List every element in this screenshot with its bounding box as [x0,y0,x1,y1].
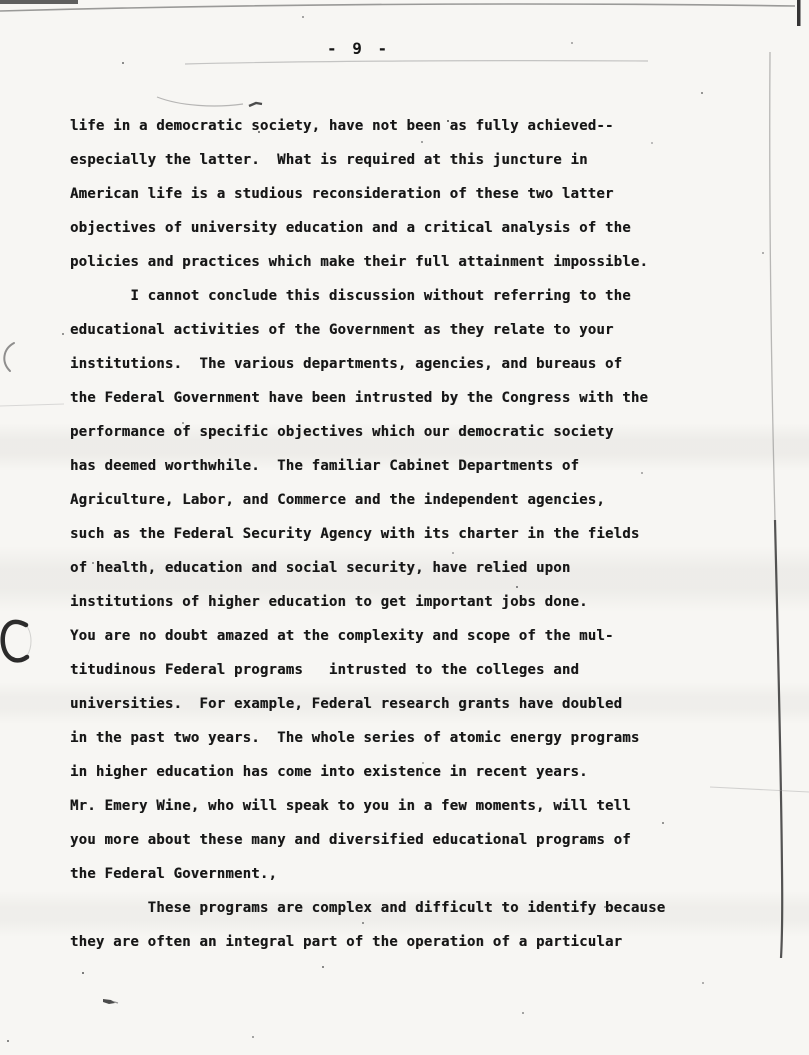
text-line: institutions. The various departments, a… [70,347,750,381]
text-line: the Federal Government., [70,857,750,891]
scan-noise [0,0,2,2]
text-line: of health, education and social security… [70,551,750,585]
text-line: in higher education has come into existe… [70,755,750,789]
document-body: life in a democratic society, have not b… [70,109,750,959]
text-line: titudinous Federal programs intrusted to… [70,653,750,687]
text-line: educational activities of the Government… [70,313,750,347]
text-line: performance of specific objectives which… [70,415,750,449]
text-line: objectives of university education and a… [70,211,750,245]
pencil-mark-squiggle [249,103,262,106]
hole-punch-mark-upper [4,343,14,371]
text-line: such as the Federal Security Agency with… [70,517,750,551]
text-line: especially the latter. What is required … [70,143,750,177]
hole-punch-outline-lower [3,620,31,662]
text-line: institutions of higher education to get … [70,585,750,619]
text-line: You are no doubt amazed at the complexit… [70,619,750,653]
text-line: These programs are complex and difficult… [70,891,750,925]
right-edge-scratch-lower [775,520,782,958]
text-line: I cannot conclude this discussion withou… [70,279,750,313]
text-line: life in a democratic society, have not b… [70,109,750,143]
text-line: the Federal Government have been intrust… [70,381,750,415]
text-line: policies and practices which make their … [70,245,750,279]
text-line: American life is a studious reconsiderat… [70,177,750,211]
text-line: you more about these many and diversifie… [70,823,750,857]
ink-smudge-tail [111,1001,118,1003]
horizontal-scratch-left [0,404,64,406]
text-line: Agriculture, Labor, and Commerce and the… [70,483,750,517]
pencil-mark-curve [157,97,243,106]
text-line: has deemed worthwhile. The familiar Cabi… [70,449,750,483]
text-line: in the past two years. The whole series … [70,721,750,755]
right-edge-scratch-upper [770,52,775,520]
text-line: universities. For example, Federal resea… [70,687,750,721]
header-underline-scratch [185,61,648,64]
ink-smudge [103,999,115,1004]
top-left-edge-bar [0,0,78,4]
scanned-page: - 9 - life in a democratic society, have… [0,0,809,1055]
top-right-corner-bar [797,0,801,26]
page-number: - 9 - [327,39,390,58]
text-line: Mr. Emery Wine, who will speak to you in… [70,789,750,823]
text-line: they are often an integral part of the o… [70,925,750,959]
top-edge-line [0,4,795,11]
hole-punch-mark-lower [3,622,27,660]
